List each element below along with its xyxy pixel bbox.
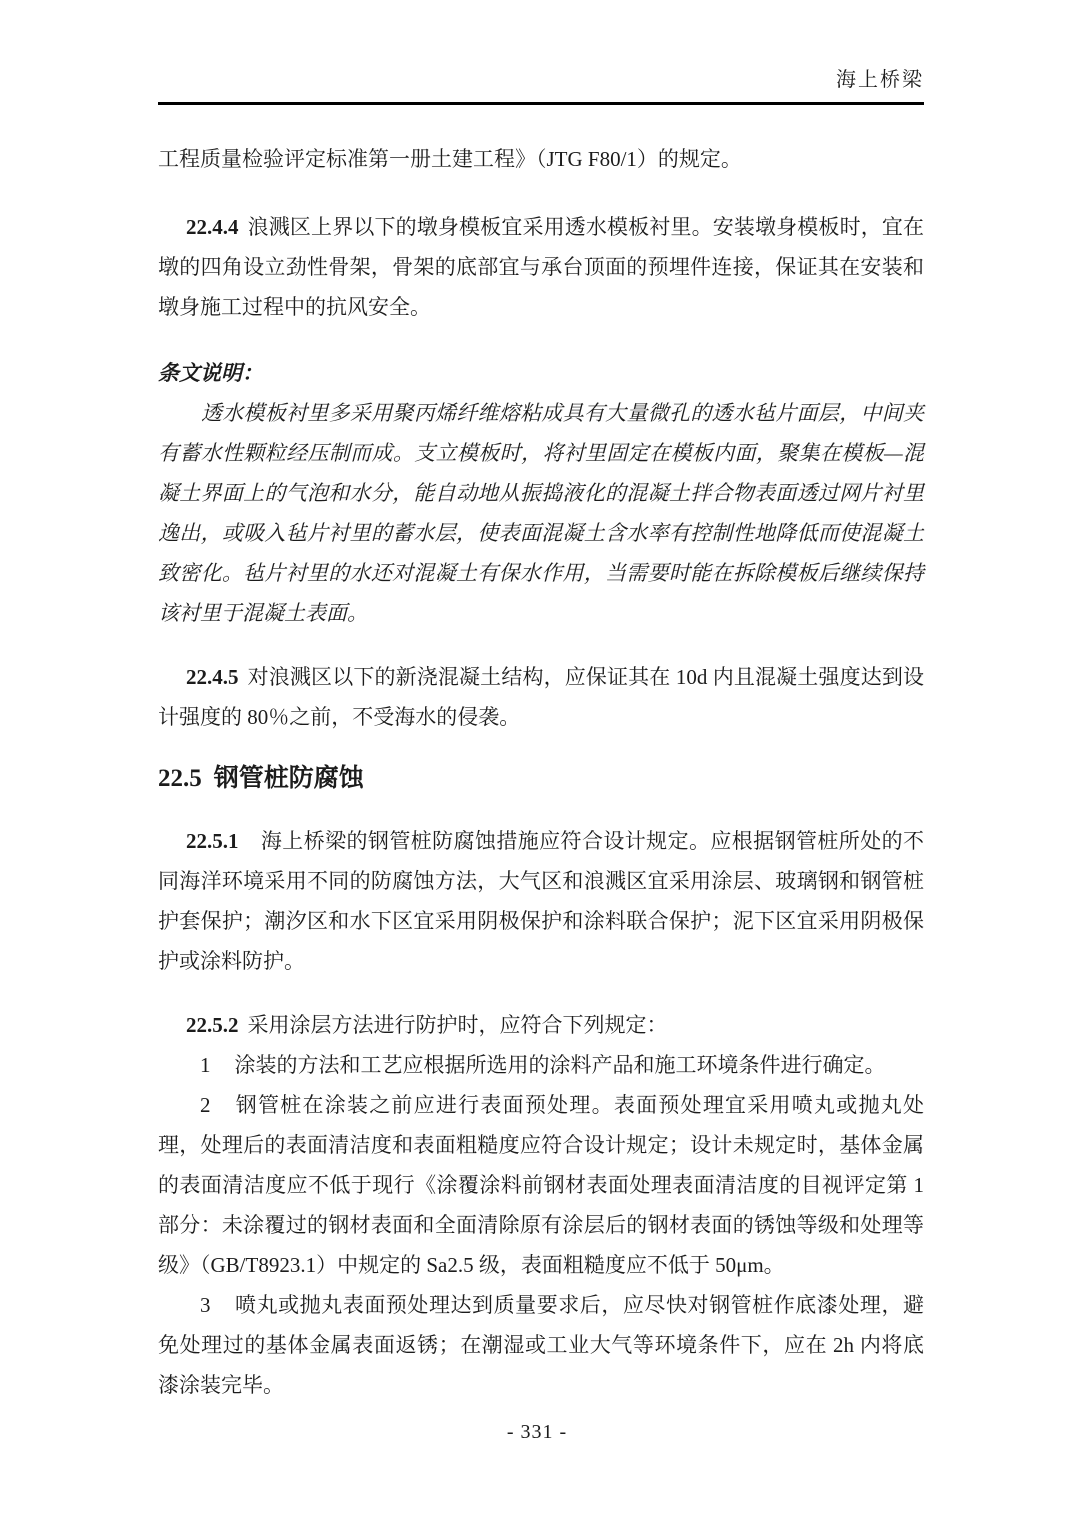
clause-22-4-5: 22.4.5对浪溅区以下的新浇混凝土结构，应保证其在 10d 内且混凝土强度达到… bbox=[158, 657, 924, 737]
paragraph-intro: 工程质量检验评定标准第一册土建工程》（JTG F80/1）的规定。 bbox=[158, 139, 924, 179]
clause-22-4-5-text: 对浪溅区以下的新浇混凝土结构，应保证其在 10d 内且混凝土强度达到设计强度的 … bbox=[158, 665, 924, 729]
clause-22-4-4-text: 浪溅区上界以下的墩身模板宜采用透水模板衬里。安装墩身模板时，宜在墩的四角设立劲性… bbox=[158, 215, 924, 319]
commentary-label: 条文说明： bbox=[158, 353, 924, 393]
clause-22-5-2: 22.5.2采用涂层方法进行防护时，应符合下列规定： bbox=[158, 1005, 924, 1045]
clause-22-5-2-number: 22.5.2 bbox=[186, 1013, 239, 1037]
list-item-2: 2钢管桩在涂装之前应进行表面预处理。表面预处理宜采用喷丸或抛丸处理，处理后的表面… bbox=[158, 1085, 924, 1285]
page-number: - 331 - bbox=[0, 1421, 1074, 1444]
page-header: 海上桥梁 bbox=[158, 0, 924, 105]
list-item-1: 1涂装的方法和工艺应根据所选用的涂料产品和施工环境条件进行确定。 bbox=[158, 1045, 924, 1085]
clause-22-4-4: 22.4.4浪溅区上界以下的墩身模板宜采用透水模板衬里。安装墩身模板时，宜在墩的… bbox=[158, 207, 924, 327]
clause-22-5-1-number: 22.5.1 bbox=[186, 829, 239, 853]
list-item-1-number: 1 bbox=[200, 1053, 211, 1077]
section-heading-22-5: 22.5钢管桩防腐蚀 bbox=[158, 761, 924, 797]
clause-22-5-1-text: 海上桥梁的钢管桩防腐蚀措施应符合设计规定。应根据钢管桩所处的不同海洋环境采用不同… bbox=[158, 829, 924, 973]
list-item-1-text: 涂装的方法和工艺应根据所选用的涂料产品和施工环境条件进行确定。 bbox=[235, 1053, 886, 1077]
commentary-text: 透水模板衬里多采用聚丙烯纤维熔粘成具有大量微孔的透水毡片面层，中间夹有蓄水性颗粒… bbox=[158, 393, 924, 633]
section-22-5-number: 22.5 bbox=[158, 765, 202, 792]
clause-22-4-5-number: 22.4.5 bbox=[186, 665, 239, 689]
list-item-3-number: 3 bbox=[200, 1293, 211, 1317]
list-item-3-text: 喷丸或抛丸表面预处理达到质量要求后，应尽快对钢管桩作底漆处理，避免处理过的基体金… bbox=[158, 1293, 924, 1397]
clause-22-5-1: 22.5.1海上桥梁的钢管桩防腐蚀措施应符合设计规定。应根据钢管桩所处的不同海洋… bbox=[158, 821, 924, 981]
list-item-2-text: 钢管桩在涂装之前应进行表面预处理。表面预处理宜采用喷丸或抛丸处理，处理后的表面清… bbox=[158, 1093, 924, 1277]
document-page: 海上桥梁 工程质量检验评定标准第一册土建工程》（JTG F80/1）的规定。 2… bbox=[0, 0, 1074, 1520]
clause-22-5-2-text: 采用涂层方法进行防护时，应符合下列规定： bbox=[248, 1013, 668, 1037]
running-header-title: 海上桥梁 bbox=[836, 69, 924, 91]
clause-22-4-4-number: 22.4.4 bbox=[186, 215, 239, 239]
list-item-3: 3喷丸或抛丸表面预处理达到质量要求后，应尽快对钢管桩作底漆处理，避免处理过的基体… bbox=[158, 1285, 924, 1405]
section-22-5-title: 钢管桩防腐蚀 bbox=[214, 765, 364, 792]
list-item-2-number: 2 bbox=[200, 1093, 211, 1117]
